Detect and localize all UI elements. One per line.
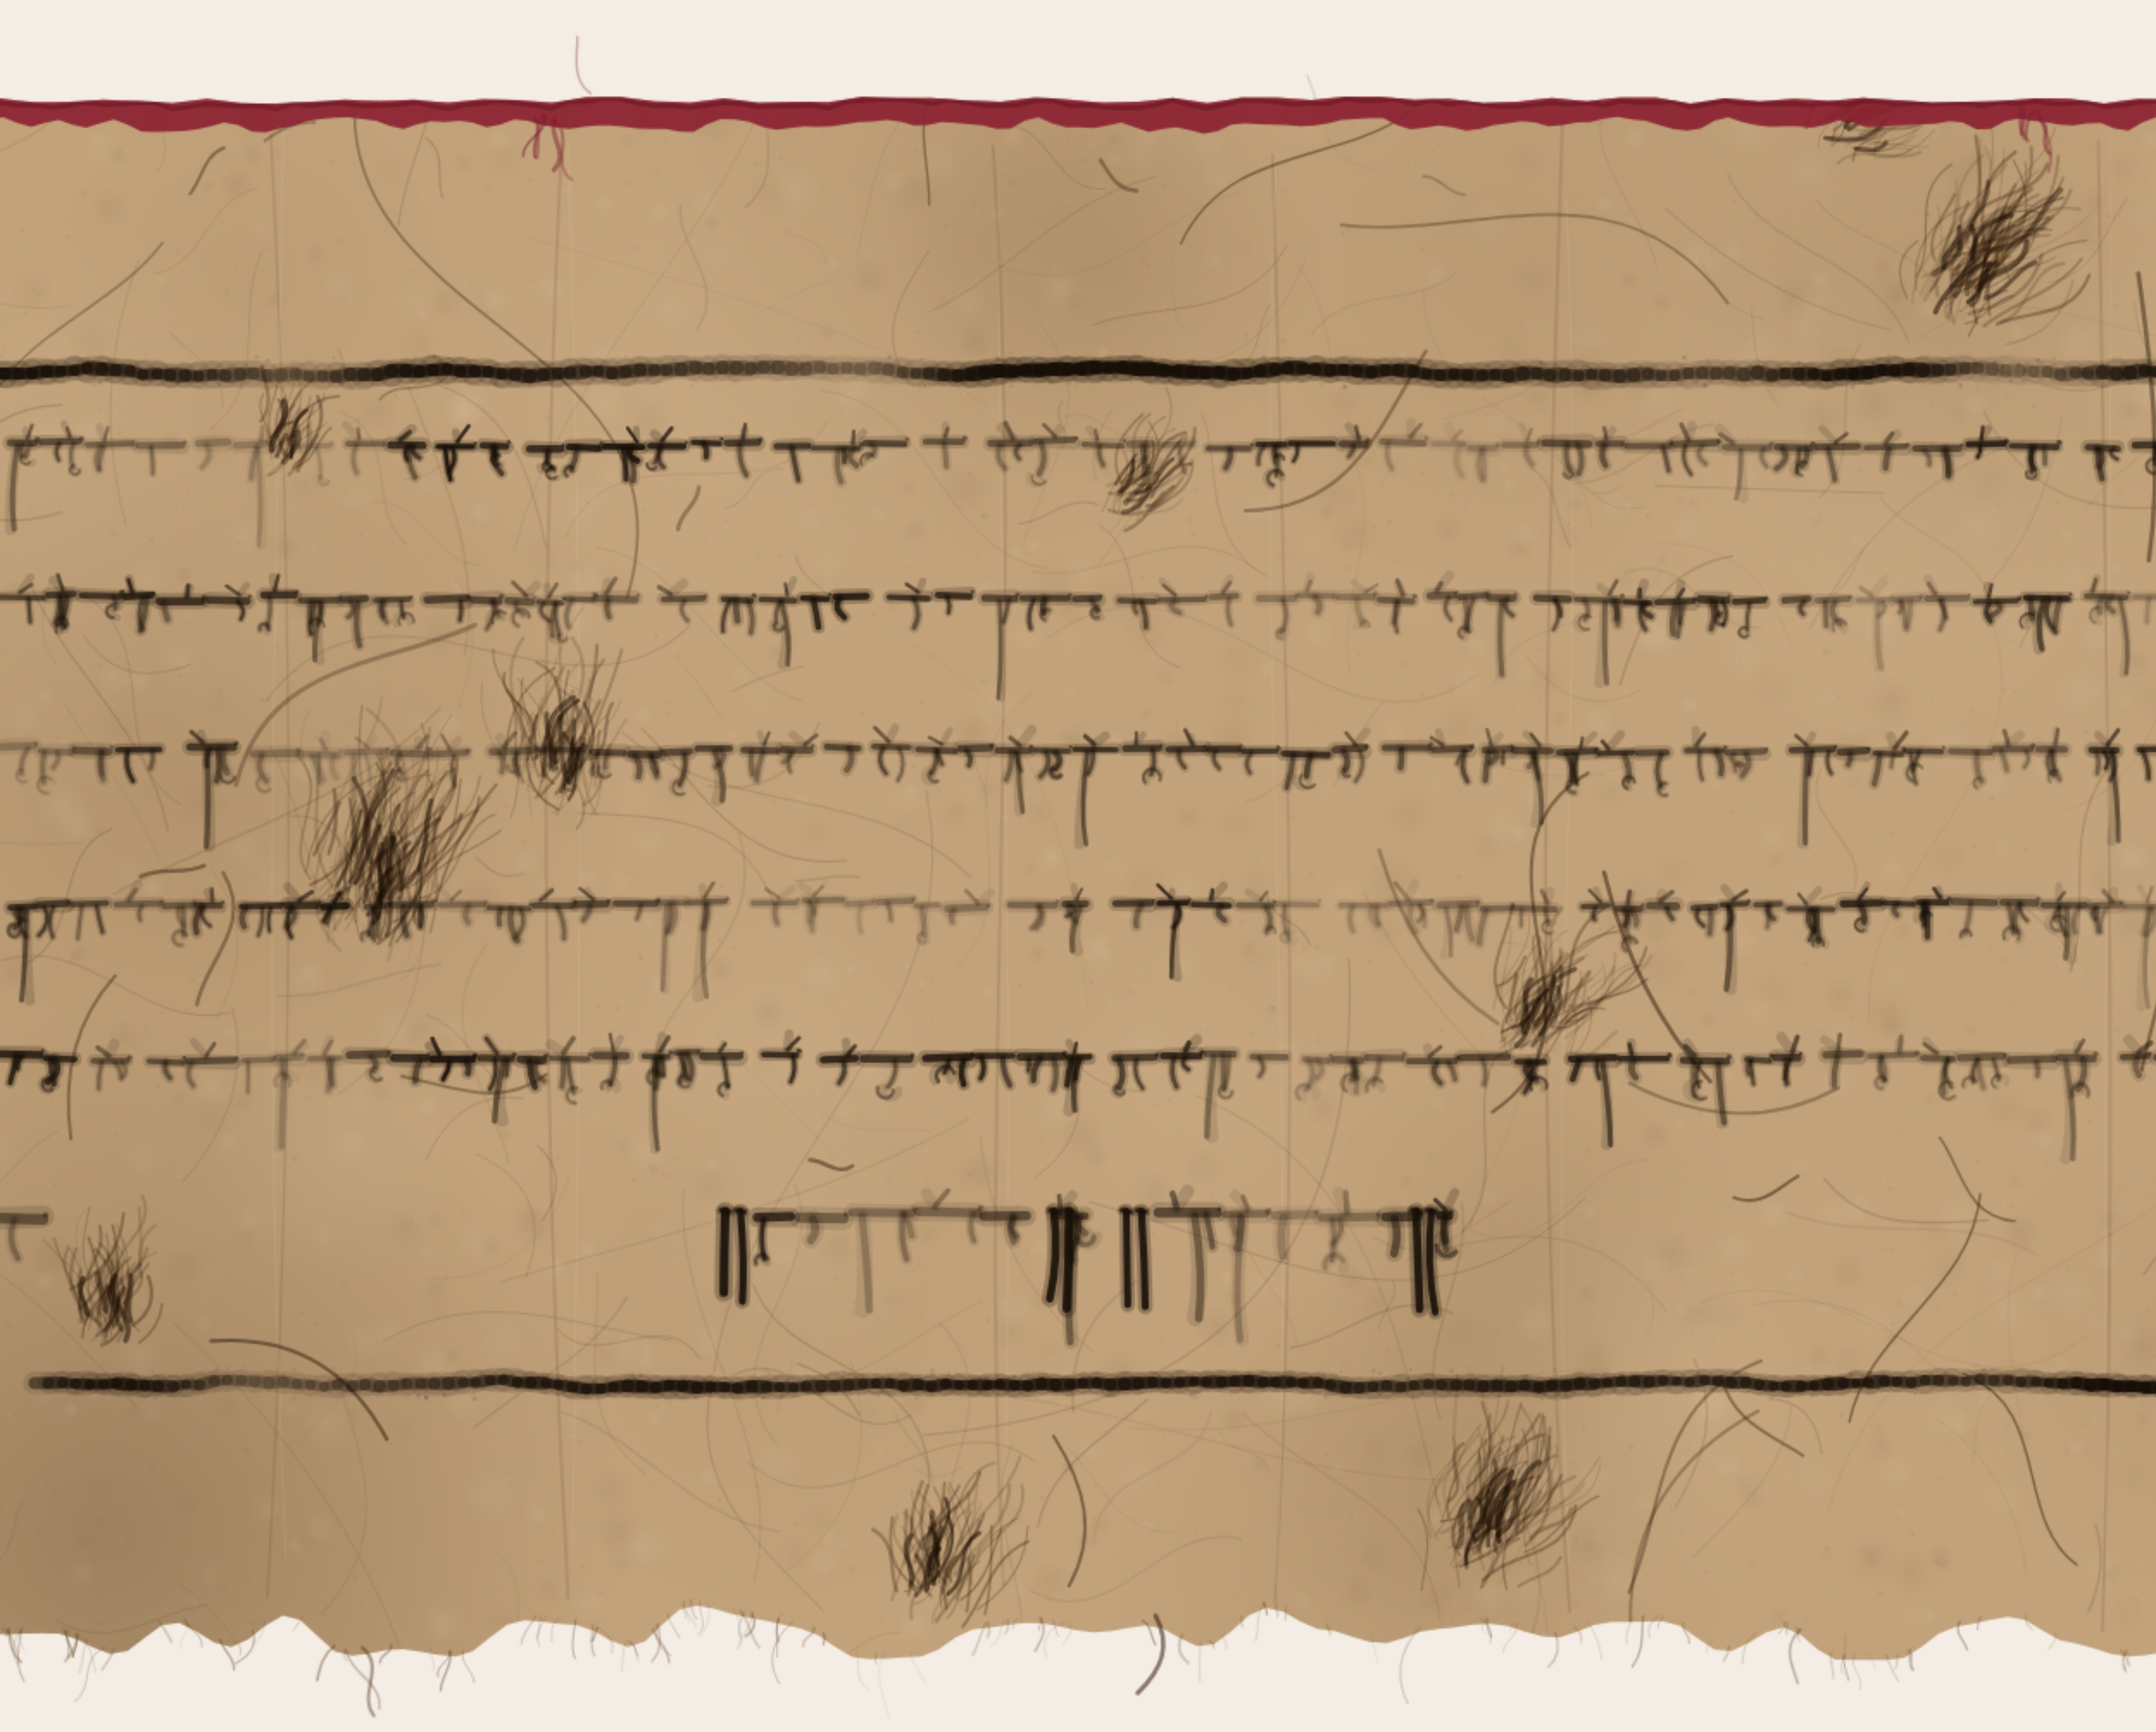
ink-layer-canvas bbox=[0, 0, 2156, 1732]
manuscript-photo bbox=[0, 0, 2156, 1732]
